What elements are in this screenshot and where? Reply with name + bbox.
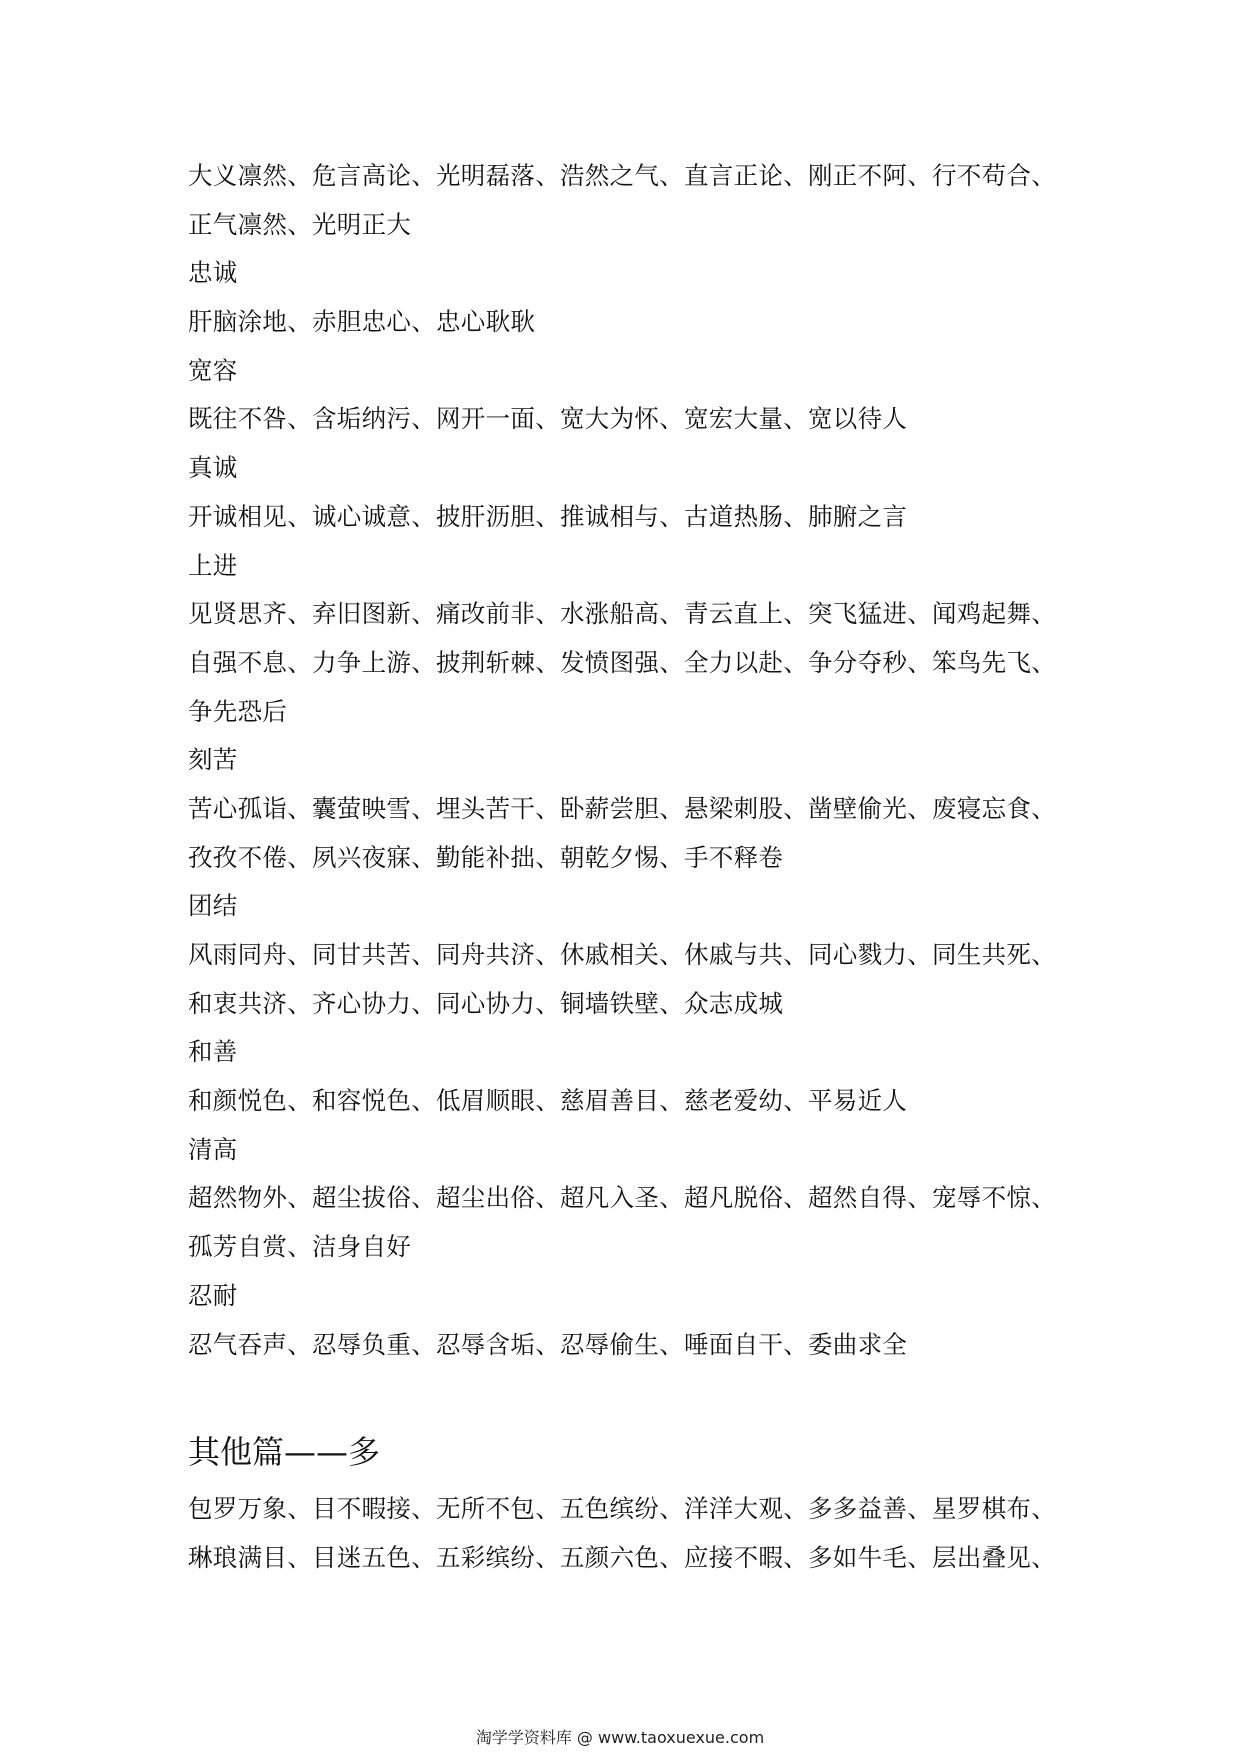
page-footer-watermark: 淘学学资料库 @ www.taoxuexue.com <box>0 1726 1240 1750</box>
category-label: 和善 <box>188 1028 1088 1077</box>
category-label: 真诚 <box>188 444 1088 493</box>
idiom-line: 大义凛然、危言高论、光明磊落、浩然之气、直言正论、刚正不阿、行不苟合、 <box>188 152 1088 201</box>
idiom-list-section-other: 包罗万象、目不暇接、无所不包、五色缤纷、洋洋大观、多多益善、星罗棋布、 琳琅满目… <box>188 1485 1088 1582</box>
idiom-line: 肝脑涂地、赤胆忠心、忠心耿耿 <box>188 298 1088 347</box>
category-label: 团结 <box>188 882 1088 931</box>
idiom-line: 忍气吞声、忍辱负重、忍辱含垢、忍辱偷生、唾面自干、委曲求全 <box>188 1321 1088 1370</box>
idiom-line: 琳琅满目、目迷五色、五彩缤纷、五颜六色、应接不暇、多如牛毛、层出叠见、 <box>188 1534 1088 1583</box>
idiom-line: 见贤思齐、弃旧图新、痛改前非、水涨船高、青云直上、突飞猛进、闻鸡起舞、 <box>188 590 1088 639</box>
category-label: 上进 <box>188 542 1088 591</box>
category-label: 忠诚 <box>188 249 1088 298</box>
idiom-line: 自强不息、力争上游、披荆斩棘、发愤图强、全力以赴、争分夺秒、笨鸟先飞、 <box>188 639 1088 688</box>
idiom-line: 和颜悦色、和容悦色、低眉顺眼、慈眉善目、慈老爱幼、平易近人 <box>188 1077 1088 1126</box>
category-label: 忍耐 <box>188 1272 1088 1321</box>
category-label: 宽容 <box>188 347 1088 396</box>
idiom-line: 风雨同舟、同甘共苦、同舟共济、休戚相关、休戚与共、同心戮力、同生共死、 <box>188 931 1088 980</box>
idiom-line: 超然物外、超尘拔俗、超尘出俗、超凡入圣、超凡脱俗、超然自得、宠辱不惊、 <box>188 1174 1088 1223</box>
idiom-line: 开诚相见、诚心诚意、披肝沥胆、推诚相与、古道热肠、肺腑之言 <box>188 493 1088 542</box>
category-label: 清高 <box>188 1126 1088 1175</box>
section-heading: 其他篇——多 <box>188 1428 380 1476</box>
idiom-line: 和衷共济、齐心协力、同心协力、铜墙铁壁、众志成城 <box>188 980 1088 1029</box>
idiom-line: 正气凛然、光明正大 <box>188 201 1088 250</box>
idiom-list-section: 大义凛然、危言高论、光明磊落、浩然之气、直言正论、刚正不阿、行不苟合、 正气凛然… <box>188 152 1088 1369</box>
idiom-line: 苦心孤诣、囊萤映雪、埋头苦干、卧薪尝胆、悬梁刺股、凿壁偷光、废寝忘食、 <box>188 785 1088 834</box>
idiom-line: 争先恐后 <box>188 688 1088 737</box>
category-label: 刻苦 <box>188 736 1088 785</box>
idiom-line: 既往不咎、含垢纳污、网开一面、宽大为怀、宽宏大量、宽以待人 <box>188 395 1088 444</box>
idiom-line: 包罗万象、目不暇接、无所不包、五色缤纷、洋洋大观、多多益善、星罗棋布、 <box>188 1485 1088 1534</box>
idiom-line: 孤芳自赏、洁身自好 <box>188 1223 1088 1272</box>
idiom-line: 孜孜不倦、夙兴夜寐、勤能补拙、朝乾夕惕、手不释卷 <box>188 834 1088 883</box>
